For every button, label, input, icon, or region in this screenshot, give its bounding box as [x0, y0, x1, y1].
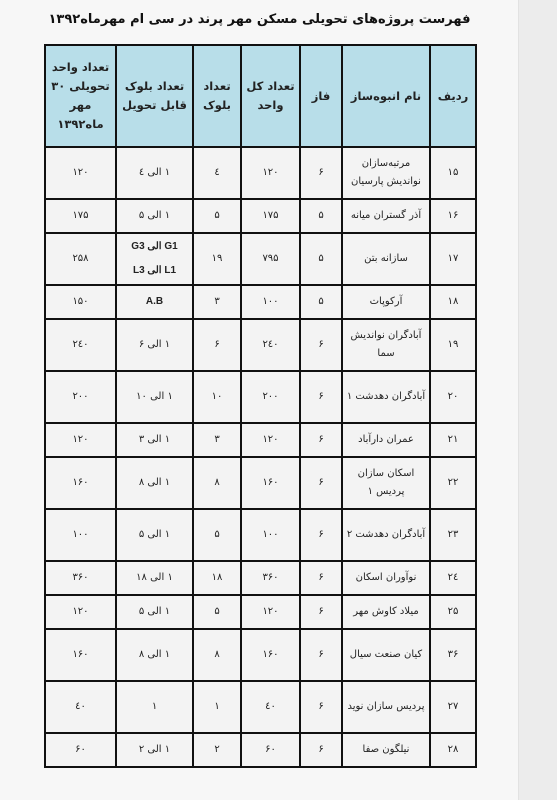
header-block-count: تعداد بلوک — [193, 45, 241, 147]
phase: ۵ — [300, 199, 342, 233]
builder-name: اسکان سازان پردیس ۱ — [342, 457, 430, 509]
table-row: ۱۹ آبادگران نواندیش سما ۶ ۲٤۰ ۶ ۱ الی ۶ … — [45, 319, 476, 371]
phase: ۵ — [300, 233, 342, 285]
block-count: ۵ — [193, 509, 241, 561]
block-count: ۲ — [193, 733, 241, 767]
builder-name: آبادگران نواندیش سما — [342, 319, 430, 371]
deliverable-blocks: ۱ الی ٤ — [116, 147, 193, 199]
delivered-units: ۱۷۵ — [45, 199, 116, 233]
delivered-units: ۱۲۰ — [45, 595, 116, 629]
row-number: ۱۷ — [430, 233, 476, 285]
total-units: ۱۲۰ — [241, 147, 300, 199]
block-count: ۱۹ — [193, 233, 241, 285]
block-count: ۱۰ — [193, 371, 241, 423]
delivered-units: ۱۲۰ — [45, 423, 116, 457]
total-units: ۳۶۰ — [241, 561, 300, 595]
deliverable-blocks-l: L1 الی L3 — [129, 259, 180, 283]
deliverable-blocks: ۱ الی ۸ — [116, 457, 193, 509]
phase: ۶ — [300, 681, 342, 733]
deliverable-blocks: ۱ الی ۵ — [116, 595, 193, 629]
block-count: ۵ — [193, 199, 241, 233]
table-row: ۲٤ نوآوران اسکان ۶ ۳۶۰ ۱۸ ۱ الی ۱۸ ۳۶۰ — [45, 561, 476, 595]
total-units: ۲۰۰ — [241, 371, 300, 423]
row-number: ۲۱ — [430, 423, 476, 457]
total-units: ۱۶۰ — [241, 629, 300, 681]
block-count: ۵ — [193, 595, 241, 629]
block-count: ٤ — [193, 147, 241, 199]
builder-name: نوآوران اسکان — [342, 561, 430, 595]
table-row: ۲۰ آبادگران دهدشت ۱ ۶ ۲۰۰ ۱۰ ۱ الی ۱۰ ۲۰… — [45, 371, 476, 423]
block-count: ۱۸ — [193, 561, 241, 595]
total-units: ۱۰۰ — [241, 285, 300, 319]
block-count: ۸ — [193, 457, 241, 509]
phase: ۶ — [300, 319, 342, 371]
row-number: ۳۶ — [430, 629, 476, 681]
row-number: ۲۳ — [430, 509, 476, 561]
builder-name: آبادگران دهدشت ۲ — [342, 509, 430, 561]
deliverable-blocks-g: G1 الی G3 — [127, 235, 181, 259]
block-count: ۳ — [193, 285, 241, 319]
page-side-margin — [518, 0, 557, 800]
delivered-units: ۱۲۰ — [45, 147, 116, 199]
builder-name: مرتبه‌سازان نواندیش پارسیان — [342, 147, 430, 199]
table-row: ۲۲ اسکان سازان پردیس ۱ ۶ ۱۶۰ ۸ ۱ الی ۸ ۱… — [45, 457, 476, 509]
table-row: ۲۳ آبادگران دهدشت ۲ ۶ ۱۰۰ ۵ ۱ الی ۵ ۱۰۰ — [45, 509, 476, 561]
deliverable-blocks: ۱ الی ۵ — [116, 509, 193, 561]
phase: ۶ — [300, 147, 342, 199]
delivered-units: ۱۶۰ — [45, 629, 116, 681]
total-units: ۲٤۰ — [241, 319, 300, 371]
header-deliverable-blocks: تعداد بلوک قابل تحویل — [116, 45, 193, 147]
block-count: ۳ — [193, 423, 241, 457]
deliverable-blocks: ۱ — [116, 681, 193, 733]
header-phase: فاز — [300, 45, 342, 147]
delivered-units: ۲۰۰ — [45, 371, 116, 423]
header-row: ردیف نام انبوه‌ساز فاز تعداد کل واحد تعد… — [45, 45, 476, 147]
row-number: ۲۸ — [430, 733, 476, 767]
delivered-units: ۱۵۰ — [45, 285, 116, 319]
header-builder-name: نام انبوه‌ساز — [342, 45, 430, 147]
builder-name: کیان صنعت سیال — [342, 629, 430, 681]
row-number: ۲۵ — [430, 595, 476, 629]
delivered-projects-table: ردیف نام انبوه‌ساز فاز تعداد کل واحد تعد… — [44, 44, 477, 768]
deliverable-blocks: ۱ الی ۱۰ — [116, 371, 193, 423]
phase: ۶ — [300, 595, 342, 629]
row-number: ۲۰ — [430, 371, 476, 423]
total-units: ٤۰ — [241, 681, 300, 733]
phase: ۶ — [300, 457, 342, 509]
header-delivered-units: تعداد واحد تحویلی ۳۰ مهر ماه۱۳۹۲ — [45, 45, 116, 147]
delivered-units: ۱۶۰ — [45, 457, 116, 509]
table-row: ۲۱ عمران دارآباد ۶ ۱۲۰ ۳ ۱ الی ۳ ۱۲۰ — [45, 423, 476, 457]
block-count: ۸ — [193, 629, 241, 681]
deliverable-blocks: G1 الی G3 L1 الی L3 — [116, 233, 193, 285]
table-row: ۱۵ مرتبه‌سازان نواندیش پارسیان ۶ ۱۲۰ ٤ ۱… — [45, 147, 476, 199]
builder-name: آبادگران دهدشت ۱ — [342, 371, 430, 423]
total-units: ۷۹۵ — [241, 233, 300, 285]
total-units: ۱۲۰ — [241, 423, 300, 457]
row-number: ۲٤ — [430, 561, 476, 595]
builder-name: عمران دارآباد — [342, 423, 430, 457]
table-row: ۲۸ نیلگون صفا ۶ ۶۰ ۲ ۱ الی ۲ ۶۰ — [45, 733, 476, 767]
builder-name: آرکوپات — [342, 285, 430, 319]
deliverable-blocks: ۱ الی ۶ — [116, 319, 193, 371]
table-row: ۱۷ سازانه بتن ۵ ۷۹۵ ۱۹ G1 الی G3 L1 الی … — [45, 233, 476, 285]
total-units: ۱۷۵ — [241, 199, 300, 233]
phase: ۶ — [300, 371, 342, 423]
table-row: ۱۶ آذر گستران میانه ۵ ۱۷۵ ۵ ۱ الی ۵ ۱۷۵ — [45, 199, 476, 233]
deliverable-blocks: ۱ الی ۲ — [116, 733, 193, 767]
deliverable-blocks: A.B — [116, 285, 193, 319]
deliverable-blocks: ۱ الی ۳ — [116, 423, 193, 457]
phase: ۶ — [300, 733, 342, 767]
builder-name: میلاد کاوش مهر — [342, 595, 430, 629]
row-number: ۱۸ — [430, 285, 476, 319]
header-total-units: تعداد کل واحد — [241, 45, 300, 147]
table-title: فهرست پروژه‌های تحویلی مسکن مهر پرند در … — [45, 12, 474, 27]
phase: ۶ — [300, 509, 342, 561]
row-number: ۱۵ — [430, 147, 476, 199]
deliverable-blocks: ۱ الی ۵ — [116, 199, 193, 233]
builder-name: پردیس سازان نوید — [342, 681, 430, 733]
row-number: ۲۲ — [430, 457, 476, 509]
delivered-units: ۳۶۰ — [45, 561, 116, 595]
builder-name: نیلگون صفا — [342, 733, 430, 767]
table-row: ۲۷ پردیس سازان نوید ۶ ٤۰ ۱ ۱ ٤۰ — [45, 681, 476, 733]
phase: ۶ — [300, 629, 342, 681]
delivered-units: ۲۵۸ — [45, 233, 116, 285]
table-row: ۳۶ کیان صنعت سیال ۶ ۱۶۰ ۸ ۱ الی ۸ ۱۶۰ — [45, 629, 476, 681]
builder-name: آذر گستران میانه — [342, 199, 430, 233]
block-count: ۱ — [193, 681, 241, 733]
block-count: ۶ — [193, 319, 241, 371]
total-units: ۱۲۰ — [241, 595, 300, 629]
builder-name: سازانه بتن — [342, 233, 430, 285]
row-number: ۱۶ — [430, 199, 476, 233]
deliverable-blocks: ۱ الی ۱۸ — [116, 561, 193, 595]
delivered-units: ۱۰۰ — [45, 509, 116, 561]
table-row: ۱۸ آرکوپات ۵ ۱۰۰ ۳ A.B ۱۵۰ — [45, 285, 476, 319]
phase: ۶ — [300, 423, 342, 457]
delivered-units: ٤۰ — [45, 681, 116, 733]
phase: ۶ — [300, 561, 342, 595]
row-number: ۱۹ — [430, 319, 476, 371]
deliverable-blocks: ۱ الی ۸ — [116, 629, 193, 681]
phase: ۵ — [300, 285, 342, 319]
delivered-units: ۲٤۰ — [45, 319, 116, 371]
table-row: ۲۵ میلاد کاوش مهر ۶ ۱۲۰ ۵ ۱ الی ۵ ۱۲۰ — [45, 595, 476, 629]
row-number: ۲۷ — [430, 681, 476, 733]
total-units: ۶۰ — [241, 733, 300, 767]
document-page: فهرست پروژه‌های تحویلی مسکن مهر پرند در … — [0, 0, 518, 800]
total-units: ۱۶۰ — [241, 457, 300, 509]
delivered-units: ۶۰ — [45, 733, 116, 767]
header-row-number: ردیف — [430, 45, 476, 147]
total-units: ۱۰۰ — [241, 509, 300, 561]
